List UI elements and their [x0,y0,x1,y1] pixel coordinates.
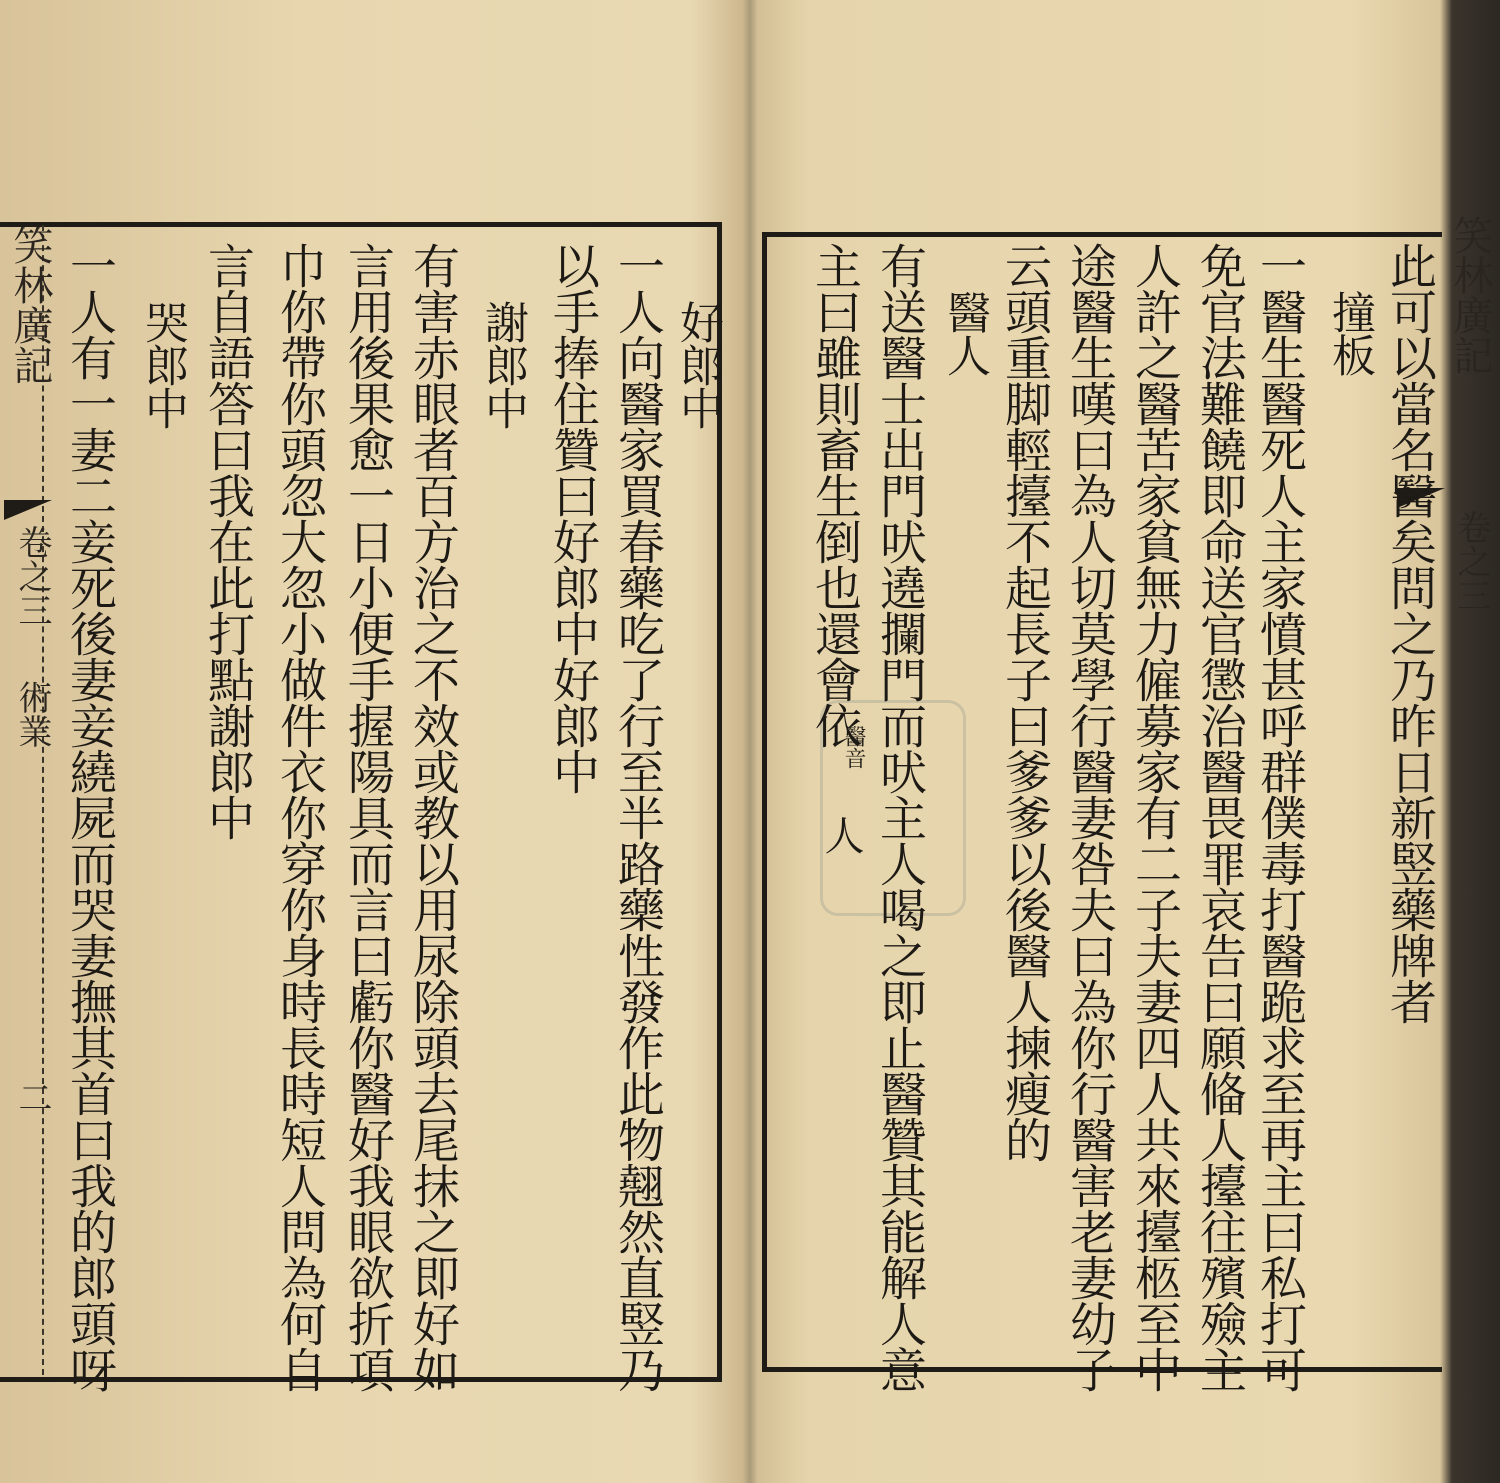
left-col-2: 一人向醫家買春藥吃了行至半路藥性發作此物翹然直竪乃 [610,242,664,1392]
book-spread: 笑林廣記 卷之三 此可以當名醫矣問之乃昨日新竪藥牌者 撞板 一醫生醫死人主家憤甚… [0,0,1500,1483]
right-col-10: 主曰雖則畜生倒也還會依 [807,242,861,748]
right-col-5: 人許之醫苦家貧無力僱募家有二子夫妻四人共來擡柩至中 [1127,242,1181,1392]
right-col-9: 有送醫士出門吠遶攔門而吠主人喝之即止醫贊其能解人意 [872,242,926,1392]
left-col-7: 巾你帶你頭忽大忽小做件衣你穿你身時長時短人問為何自 [272,242,326,1392]
right-margin-volume: 卷之三 [1447,510,1496,612]
heading-hao-langzhong: 好郎中 [670,300,724,429]
left-margin-section: 術業 [8,680,57,748]
right-col-1: 此可以當名醫矣問之乃昨日新竪藥牌者 [1382,242,1436,1024]
right-col-3: 一醫生醫死人主家憤甚呼群僕毒打醫跪求至再主曰私打可 [1252,242,1306,1392]
left-col-10: 一人有一妻二妾死後妻妾繞屍而哭妻撫其首曰我的郎頭呀 [62,242,116,1392]
heading-zhuangban: 撞板 [1322,290,1376,376]
left-page: 笑林廣記 卷之三 術業 二 好郎中 一人向醫家買春藥吃了行至半路藥性發作此物翹然… [0,0,742,1483]
right-page: 笑林廣記 卷之三 此可以當名醫矣問之乃昨日新竪藥牌者 撞板 一醫生醫死人主家憤甚… [742,0,1442,1483]
right-col-4: 免官法難饒即命送官懲治醫畏罪哀告曰願偹人擡往殯殮主 [1192,242,1246,1392]
right-margin-title: 笑林廣記 [1442,215,1499,375]
left-col-3: 以手捧住贊曰好郎中好郎中 [545,242,599,794]
heading-ku-langzhong: 哭郎中 [135,300,189,429]
fish-tail-mark-icon [4,500,52,520]
right-col-7: 云頭重脚輕擡不起長子曰爹爹以後醫人揀瘦的 [997,242,1051,1162]
left-margin-page-number: 二 [8,1080,57,1114]
left-col-5: 有害赤眼者百方治之不效或教以用尿除頭去尾抹之即好如 [405,242,459,1392]
left-col-8: 言自語答曰我在此打點謝郎中 [200,242,254,840]
heading-yiren: 醫人 [937,290,991,376]
left-margin-title: 笑林廣記 [2,225,59,385]
left-col-6: 言用後果愈一日小便手握陽具而言曰虧你醫好我眼欲折項 [340,242,394,1392]
left-margin-volume: 卷之三 [8,525,57,627]
annotation-tail: 人 [814,815,868,854]
right-col-6: 途醫生嘆曰為人切莫學行醫妻咎夫曰為你行醫害老妻幼子 [1062,242,1116,1392]
annotation-note: 醫音 [842,725,864,769]
heading-xie-langzhong: 謝郎中 [475,300,529,429]
center-fold-line [42,225,44,1375]
